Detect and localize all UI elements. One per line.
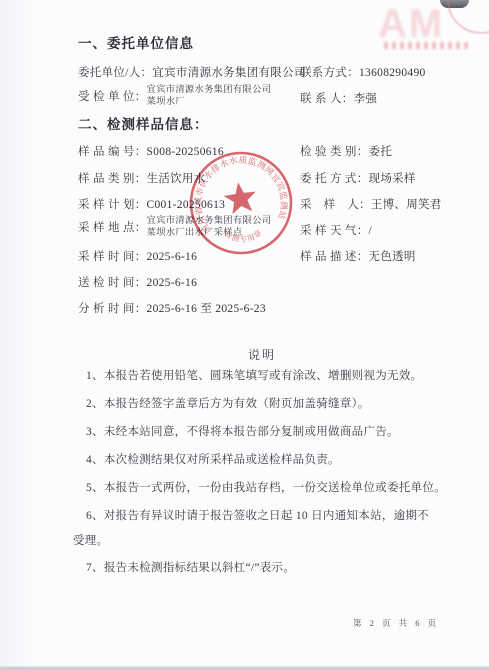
delivery-time-value: 2025-6-16: [147, 277, 198, 289]
sample-id-value: S008-20250616: [147, 146, 224, 158]
notes-title: 说明: [248, 346, 276, 363]
sampling-site-row: 采 样 地 点： 宜宾市清源水务集团有限公司 菜坝水厂出水厂采样点: [78, 215, 271, 239]
page-bottom-edge: [0, 666, 489, 670]
sampling-weather-row: 采 样 天 气：/: [300, 222, 372, 238]
contact-person-value: 李强: [354, 93, 378, 105]
corner-stamp-smudge: [384, 42, 470, 49]
client-row-2-right: 联 系 人：李强: [300, 90, 377, 106]
report-page: AM 一、委托单位信息 委托单位/人：宜宾市清源水务集团有限公司 联系方式：13…: [0, 0, 489, 670]
scan-clip-artifact: [440, 0, 469, 8]
note-item-2: 2、本报告经签字盖章后方为有效（附页加盖骑缝章）。: [86, 392, 370, 417]
sampling-plan-label: 采 样 计 划：: [78, 199, 147, 211]
analysis-time-label: 分 析 时 间：: [78, 303, 147, 315]
inspection-type-value: 委托: [369, 146, 393, 158]
section1-title: 一、委托单位信息: [78, 32, 194, 52]
sampling-plan-value: C001-20250613: [147, 199, 226, 211]
inspected-unit-line1: 宜宾市清源水务集团有限公司: [147, 85, 272, 95]
corner-watermark-text: AM: [378, 2, 478, 47]
client-value: 宜宾市清源水务集团有限公司: [152, 67, 305, 79]
analysis-time-row: 分 析 时 间：2025-6-16 至 2025-6-23: [78, 300, 266, 316]
sample-type-label: 样 品 类 别：: [78, 173, 147, 185]
sampling-weather-label: 采 样 天 气：: [300, 225, 369, 237]
sampling-weather-value: /: [369, 225, 373, 237]
sampling-site-label: 采 样 地 点：: [78, 219, 147, 235]
delivery-time-row: 送 检 时 间：2025-6-16: [78, 274, 197, 290]
section2-title: 二、检测样品信息：: [78, 113, 209, 133]
inspected-unit-label: 受 检 单 位：: [78, 88, 147, 104]
inspection-type-row: 检 验 类 别：委托: [300, 143, 392, 159]
client-row-1-left: 委托单位/人：宜宾市清源水务集团有限公司: [78, 64, 306, 80]
sampling-time-value: 2025-6-16: [147, 251, 198, 263]
faint-corner-stamp: AM: [378, 2, 478, 64]
page-number: 第 2 页 共 6 页: [353, 617, 439, 629]
note-item-7: 7、报告未检测指标结果以斜杠“/”表示。: [86, 556, 295, 581]
contact-value: 13608290490: [359, 67, 426, 79]
sample-description-value: 无色透明: [369, 251, 416, 263]
commission-mode-row: 委 托 方 式：现场采样: [300, 170, 416, 186]
sample-id-row: 样 品 编 号：S008-20250616: [78, 143, 224, 159]
sampler-label: 采 样 人：: [300, 199, 371, 211]
analysis-time-value: 2025-6-16 至 2025-6-23: [147, 303, 266, 315]
note-item-3: 3、未经本站同意，不得将本报告部分复制或用做商品广告。: [86, 420, 399, 445]
sample-type-value: 生活饮用水: [147, 173, 206, 185]
commission-mode-value: 现场采样: [369, 173, 416, 185]
sampling-time-label: 采 样 时 间：: [78, 251, 147, 263]
sampling-site-line1: 宜宾市清源水务集团有限公司: [147, 216, 272, 226]
sampler-value: 王博、周笑君: [371, 199, 442, 211]
note-item-6: 6、对报告有异议时请于报告签收之日起 10 日内通知本站，逾期不受理。: [73, 504, 433, 554]
sample-description-row: 样 品 描 述：无色透明: [300, 248, 416, 264]
client-row-2-left: 受 检 单 位： 宜宾市清源水务集团有限公司 菜坝水厂: [78, 84, 271, 108]
sample-type-row: 样 品 类 别：生活饮用水: [78, 170, 206, 186]
inspected-unit-line2: 菜坝水厂: [147, 97, 185, 107]
sampling-time-row: 采 样 时 间：2025-6-16: [78, 248, 197, 264]
delivery-time-label: 送 检 时 间：: [78, 277, 147, 289]
seal-star: [222, 180, 258, 215]
sample-description-label: 样 品 描 述：: [300, 251, 369, 263]
client-label: 委托单位/人：: [78, 67, 152, 79]
sampling-site-value: 宜宾市清源水务集团有限公司 菜坝水厂出水厂采样点: [147, 215, 272, 239]
note-item-1: 1、本报告若使用铅笔、圆珠笔填写或有涂改、增删则视为无效。: [86, 364, 422, 389]
inspection-type-label: 检 验 类 别：: [300, 146, 369, 158]
inspected-unit-value: 宜宾市清源水务集团有限公司 菜坝水厂: [147, 84, 272, 108]
sampling-plan-row: 采 样 计 划：C001-20250613: [78, 196, 225, 212]
sampler-row: 采 样 人：王博、周笑君: [300, 196, 442, 212]
sampling-site-line2: 菜坝水厂出水厂采样点: [147, 228, 243, 238]
note-item-5: 5、本报告一式两份，一份由我站存档，一份交送检单位或委托单位。: [86, 476, 446, 501]
sample-id-label: 样 品 编 号：: [78, 146, 147, 158]
client-row-1-right: 联系方式：13608290490: [300, 64, 426, 80]
contact-label: 联系方式：: [300, 67, 359, 79]
note-item-4: 4、本次检测结果仅对所采样品或送检样品负责。: [86, 448, 340, 473]
contact-person-label: 联 系 人：: [300, 93, 354, 105]
commission-mode-label: 委 托 方 式：: [300, 173, 369, 185]
